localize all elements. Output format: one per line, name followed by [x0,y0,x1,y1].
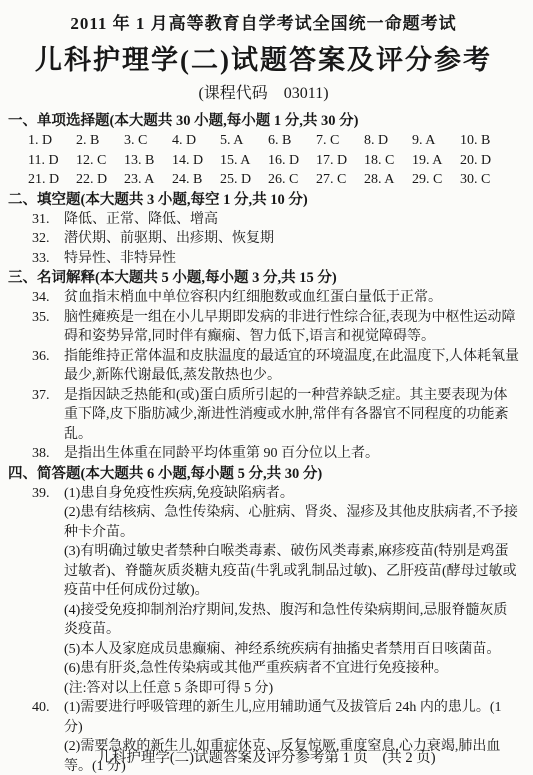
item-text: 特异性、非特异性 [64,249,519,269]
mc-answer: 1. D [28,131,76,151]
mc-answer: 17. D [316,151,364,171]
answer-item: 38. 是指出生体重在同龄平均体重第 90 百分位以上者。 [32,444,519,464]
mc-answer: 23. A [124,170,172,190]
section-heading: 四、简答题(本大题共 6 小题,每小题 5 分,共 30 分) [8,464,519,484]
item-number: 34. [32,288,64,308]
mc-answer: 22. D [76,170,124,190]
mc-answer: 25. D [220,170,268,190]
answer-item: 37. 是指因缺乏热能和(或)蛋白质所引起的一种营养缺乏症。其主要表现为体重下降… [32,386,519,445]
mc-answer: 30. C [460,170,508,190]
item-number: 38. [32,444,64,464]
answer-item: 32. 潜伏期、前驱期、出疹期、恢复期 [32,229,519,249]
exam-answer-document: 2011 年 1 月高等教育自学考试全国统一命题考试 儿科护理学(二)试题答案及… [0,0,533,775]
mc-answer: 16. D [268,151,316,171]
item-text: 是指因缺乏热能和(或)蛋白质所引起的一种营养缺乏症。其主要表现为体重下降,皮下脂… [64,386,519,445]
mc-answer: 7. C [316,131,364,151]
item-number: 36. [32,347,64,386]
mc-answer: 14. D [172,151,220,171]
exam-session-title: 2011 年 1 月高等教育自学考试全国统一命题考试 [8,12,519,36]
item-text: 是指出生体重在同龄平均体重第 90 百分位以上者。 [64,444,519,464]
answer-part: (1)需要进行呼吸管理的新生儿,应用辅助通气及拔管后 24h 内的患儿。(1 分… [64,698,519,737]
mc-answer: 6. B [268,131,316,151]
mc-answer: 12. C [76,151,124,171]
item-number: 39. [32,484,64,699]
answer-item: 33. 特异性、非特异性 [32,249,519,269]
item-number: 31. [32,210,64,230]
item-text: 脑性瘫痪是一组在小儿早期即发病的非进行性综合征,表现为中枢性运动障碍和姿势异常,… [64,308,519,347]
answer-part: (5)本人及家庭成员患癫痫、神经系统疾病有抽搐史者禁用百日咳菌苗。 [64,640,519,660]
item-number: 37. [32,386,64,445]
mc-answer: 19. A [412,151,460,171]
section-multiple-choice: 一、单项选择题(本大题共 30 小题,每小题 1 分,共 30 分) 1. D … [8,111,519,190]
answer-parts: (1)患自身免疫性疾病,免疫缺陷病者。 (2)患有结核病、急性传染病、心脏病、肾… [64,484,519,699]
mc-answer: 11. D [28,151,76,171]
mc-answer: 8. D [364,131,412,151]
page-title: 儿科护理学(二)试题答案及评分参考 [8,42,519,78]
section-heading: 一、单项选择题(本大题共 30 小题,每小题 1 分,共 30 分) [8,111,519,131]
mc-answer: 5. A [220,131,268,151]
mc-answer: 20. D [460,151,508,171]
item-text: 指能维持正常体温和皮肤温度的最适宜的环境温度,在此温度下,人体耗氧量最少,新陈代… [64,347,519,386]
course-code: (课程代码 03011) [8,82,519,106]
answer-item: 31. 降低、正常、降低、增高 [32,210,519,230]
mc-answer: 18. C [364,151,412,171]
section-short-answers: 四、简答题(本大题共 6 小题,每小题 5 分,共 30 分) 39. (1)患… [8,464,519,775]
mc-answer: 26. C [268,170,316,190]
mc-answer: 28. A [364,170,412,190]
item-text: 降低、正常、降低、增高 [64,210,519,230]
mc-answer: 3. C [124,131,172,151]
mc-answer: 24. B [172,170,220,190]
section-fill-blanks: 二、填空题(本大题共 3 小题,每空 1 分,共 10 分) 31. 降低、正常… [8,190,519,269]
mc-answer: 10. B [460,131,508,151]
item-number: 35. [32,308,64,347]
mc-answer: 9. A [412,131,460,151]
page-footer: 儿科护理学(二)试题答案及评分参考第 1 页 (共 2 页) [0,746,533,767]
answer-part: (6)患有肝炎,急性传染病或其他严重疾病者不宜进行免疫接种。 [64,659,519,679]
answer-part: (1)患自身免疫性疾病,免疫缺陷病者。 [64,484,519,504]
mc-answer: 27. C [316,170,364,190]
answer-item: 34. 贫血指末梢血中单位容积内红细胞数或血红蛋白量低于正常。 [32,288,519,308]
answer-part: (3)有明确过敏史者禁种白喉类毒素、破伤风类毒素,麻疹疫苗(特别是鸡蛋过敏者)、… [64,542,519,601]
item-number: 32. [32,229,64,249]
section-heading: 三、名词解释(本大题共 5 小题,每小题 3 分,共 15 分) [8,268,519,288]
mc-answer: 15. A [220,151,268,171]
mc-answer: 13. B [124,151,172,171]
mc-answer: 21. D [28,170,76,190]
item-number: 33. [32,249,64,269]
mc-answer: 4. D [172,131,220,151]
answer-item-39: 39. (1)患自身免疫性疾病,免疫缺陷病者。 (2)患有结核病、急性传染病、心… [32,484,519,699]
section-heading: 二、填空题(本大题共 3 小题,每空 1 分,共 10 分) [8,190,519,210]
scoring-note: (注:答对以上任意 5 条即可得 5 分) [64,679,519,699]
answer-part: (2)患有结核病、急性传染病、心脏病、肾炎、湿疹及其他皮肤病者,不予接种卡介苗。 [64,503,519,542]
mc-answer-grid: 1. D 2. B 3. C 4. D 5. A 6. B 7. C 8. D … [28,131,508,190]
answer-part: (4)接受免疫抑制剂治疗期间,发热、腹泻和急性传染病期间,忌服脊髓灰质炎疫苗。 [64,601,519,640]
answer-item: 35. 脑性瘫痪是一组在小儿早期即发病的非进行性综合征,表现为中枢性运动障碍和姿… [32,308,519,347]
answer-item: 36. 指能维持正常体温和皮肤温度的最适宜的环境温度,在此温度下,人体耗氧量最少… [32,347,519,386]
mc-answer: 2. B [76,131,124,151]
item-text: 潜伏期、前驱期、出疹期、恢复期 [64,229,519,249]
item-text: 贫血指末梢血中单位容积内红细胞数或血红蛋白量低于正常。 [64,288,519,308]
section-term-definitions: 三、名词解释(本大题共 5 小题,每小题 3 分,共 15 分) 34. 贫血指… [8,268,519,464]
mc-answer: 29. C [412,170,460,190]
